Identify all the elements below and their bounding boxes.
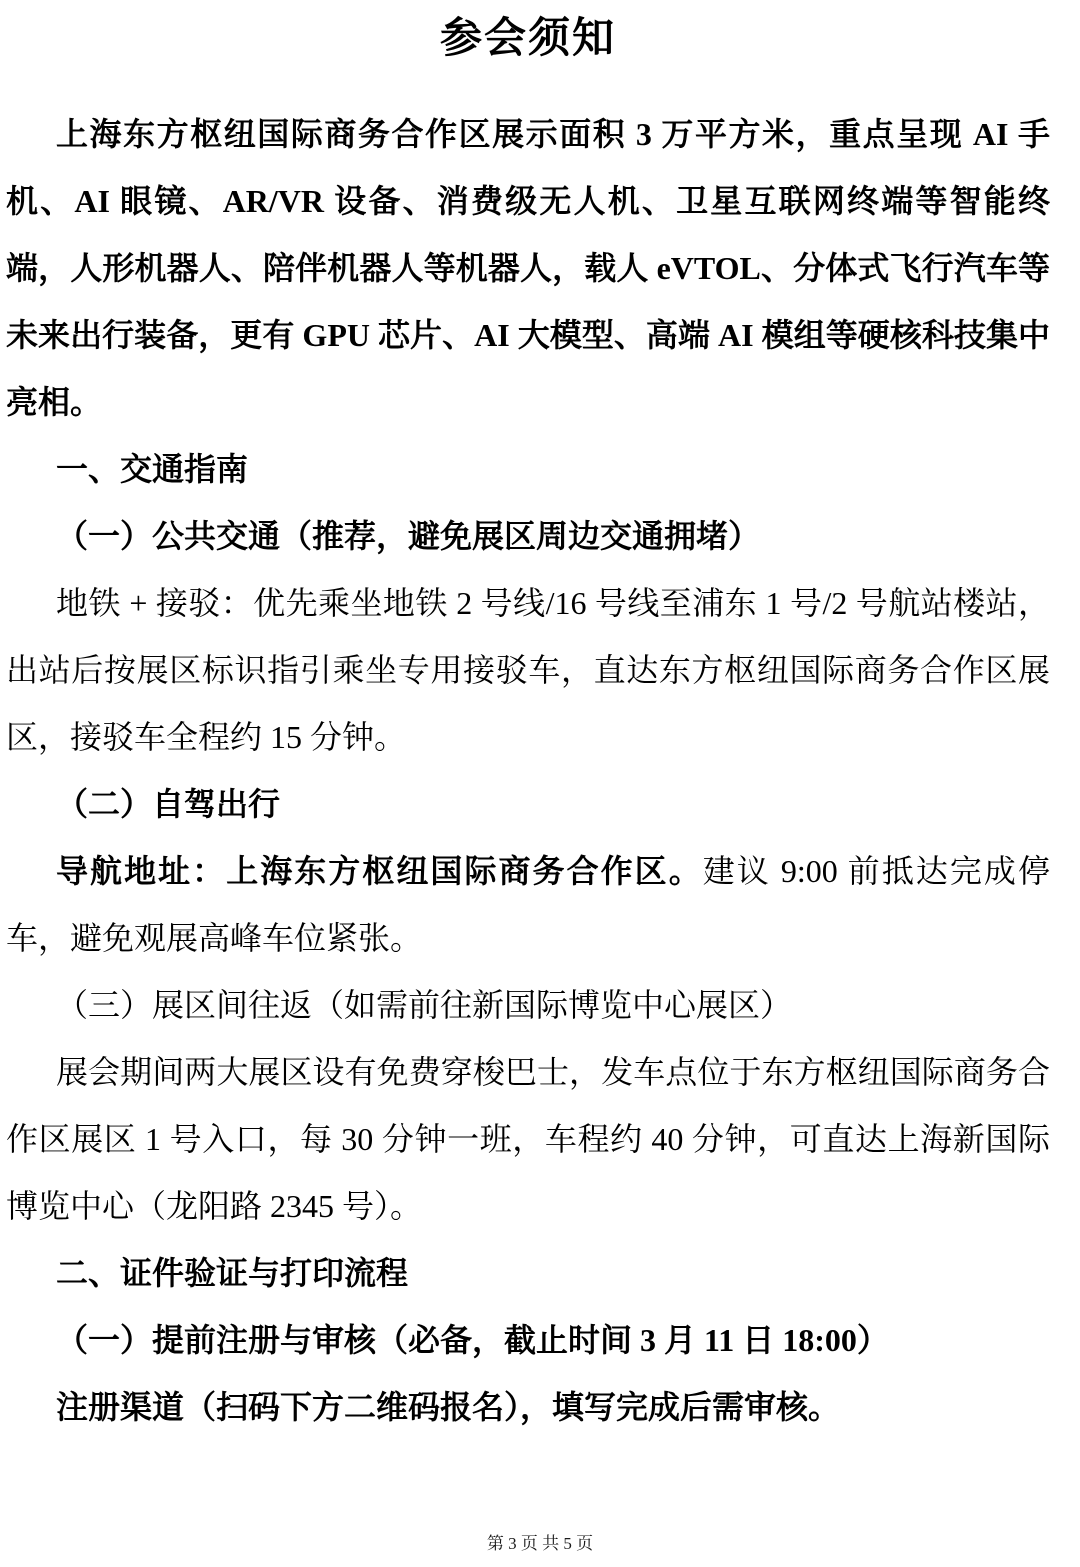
heading-section-2-badge-process: 二、证件验证与打印流程 (6, 1240, 1050, 1307)
document-title: 参会须知 (6, 14, 1050, 62)
heading-sub-1-2-self-driving: （二）自驾出行 (6, 771, 1050, 838)
paragraph-metro-shuttle: 地铁 + 接驳：优先乘坐地铁 2 号线/16 号线至浦东 1 号/2 号航站楼站… (6, 570, 1050, 771)
heading-sub-1-1-public-transport: （一）公共交通（推荐，避免展区周边交通拥堵） (6, 503, 1050, 570)
paragraph-navigation-lead: 导航地址：上海东方枢纽国际商务合作区。 (56, 853, 703, 889)
paragraph-shuttle-bus: 展会期间两大展区设有免费穿梭巴士，发车点位于东方枢纽国际商务合作区展区 1 号入… (6, 1039, 1050, 1240)
heading-sub-2-1-pre-registration: （一）提前注册与审核（必备，截止时间 3 月 11 日 18:00） (6, 1307, 1050, 1374)
heading-section-1-transport-guide: 一、交通指南 (6, 436, 1050, 503)
paragraph-registration-channel: 注册渠道（扫码下方二维码报名），填写完成后需审核。 (6, 1374, 1050, 1441)
document-page: 参会须知 上海东方枢纽国际商务合作区展示面积 3 万平方米，重点呈现 AI 手机… (0, 0, 1080, 1567)
paragraph-navigation: 导航地址：上海东方枢纽国际商务合作区。建议 9:00 前抵达完成停车，避免观展高… (6, 838, 1050, 972)
heading-sub-1-3-inter-venue: （三）展区间往返（如需前往新国际博览中心展区） (6, 972, 1050, 1039)
page-number: 第 3 页 共 5 页 (0, 1529, 1080, 1554)
paragraph-intro: 上海东方枢纽国际商务合作区展示面积 3 万平方米，重点呈现 AI 手机、AI 眼… (6, 101, 1050, 436)
